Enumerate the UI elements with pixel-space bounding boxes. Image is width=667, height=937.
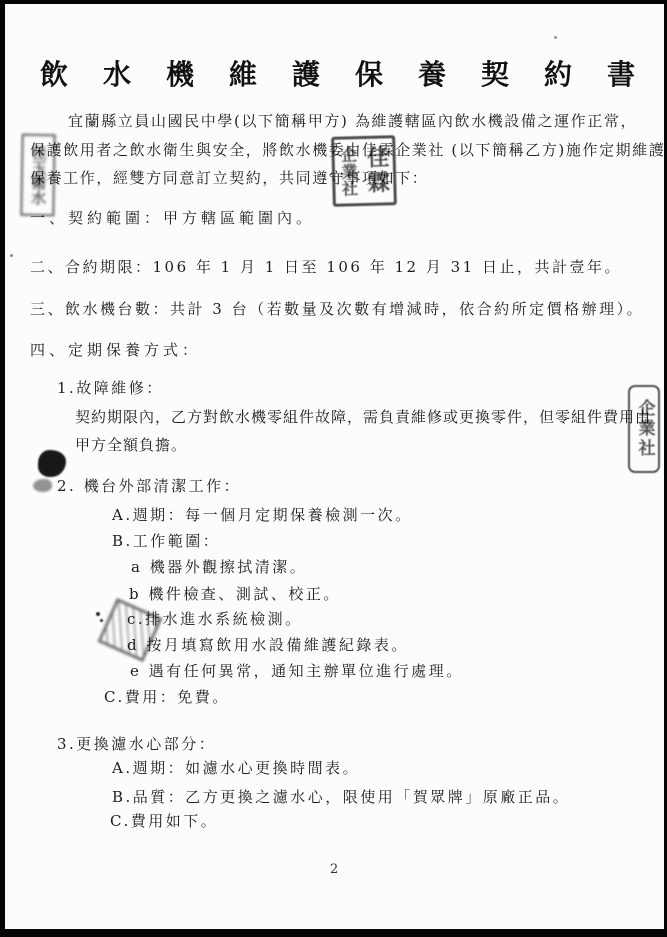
- clause-2-term: 二、合約期限：106 年 1 月 1 日至 106 年 12 月 31 日止，共…: [30, 256, 622, 277]
- item-2-b-sub-a: a 機器外觀擦拭清潔。: [131, 556, 307, 577]
- scan-speck: [96, 612, 100, 616]
- item-2-b-sub-b: b 機件檢查、測試、校正。: [129, 583, 341, 604]
- clause-4-maintenance: 四、定期保養方式：: [30, 339, 201, 360]
- item-2-c-fee: C.費用：免費。: [104, 686, 230, 707]
- preamble-line-1: 宜蘭縣立員山國民中學(以下簡稱甲方) 為維護轄區內飲水機設備之運作正常，: [68, 110, 637, 131]
- scan-border-top: [0, 0, 667, 4]
- company-seal-left-column: 企業社: [339, 146, 356, 197]
- company-seal-stamp: 佳霖 企業社: [331, 135, 397, 207]
- left-margin-seal-stamp: 佳玉衛水: [20, 134, 55, 217]
- scan-speck: [100, 619, 103, 622]
- ink-smudge-small: [33, 479, 52, 492]
- item-3-c-fee: C.費用如下。: [110, 810, 218, 831]
- left-seal-text: 佳玉衛水: [30, 145, 46, 205]
- company-seal-right-column: 佳霖: [365, 145, 388, 196]
- scan-border-left: [0, 0, 5, 937]
- clause-1-scope: 一、契約範圍：甲方轄區範圍內。: [30, 207, 315, 228]
- scan-border-bottom: [0, 929, 667, 937]
- side-seal-text: 企業社: [636, 399, 653, 459]
- item-1-repair-heading: 1.故障維修：: [57, 377, 164, 398]
- item-2-a-cycle: A.週期：每一個月定期保養檢測一次。: [112, 504, 413, 525]
- document-title: 飲水機維護保養契約書: [40, 53, 667, 93]
- item-2-b-scope: B.工作範圍：: [112, 530, 220, 551]
- item-3-filter-heading: 3.更換濾水心部分：: [57, 733, 216, 754]
- clause-3-units: 三、飲水機台數：共計 3 台（若數量及次數有增減時，依合約所定價格辦理）。: [30, 298, 644, 319]
- item-3-a-cycle: A.週期：如濾水心更換時間表。: [112, 757, 360, 778]
- item-2-b-sub-d: d 按月填寫飲用水設備維護紀錄表。: [127, 634, 409, 655]
- page-number: 2: [330, 862, 338, 877]
- scan-speck: [554, 36, 557, 39]
- item-2-cleaning-heading: 2. 機台外部清潔工作：: [57, 475, 241, 496]
- item-3-b-quality: B.品質：乙方更換之濾水心，限使用「賀眾牌」原廠正品。: [112, 786, 570, 807]
- scan-speck: [10, 254, 13, 257]
- item-2-b-sub-e: e 遇有任何異常，通知主辦單位進行處理。: [130, 660, 464, 681]
- item-1-body-line-1: 契約期限內，乙方對飲水機零組件故障，需負責維修或更換零件，但零組件費用由: [75, 406, 651, 427]
- scanned-contract-page: { "title": { "text": "飲水機維護保養契約書" }, "li…: [0, 0, 667, 937]
- item-1-body-line-2: 甲方全額負擔。: [75, 434, 187, 455]
- side-seal-stamp: 企業社: [628, 385, 660, 473]
